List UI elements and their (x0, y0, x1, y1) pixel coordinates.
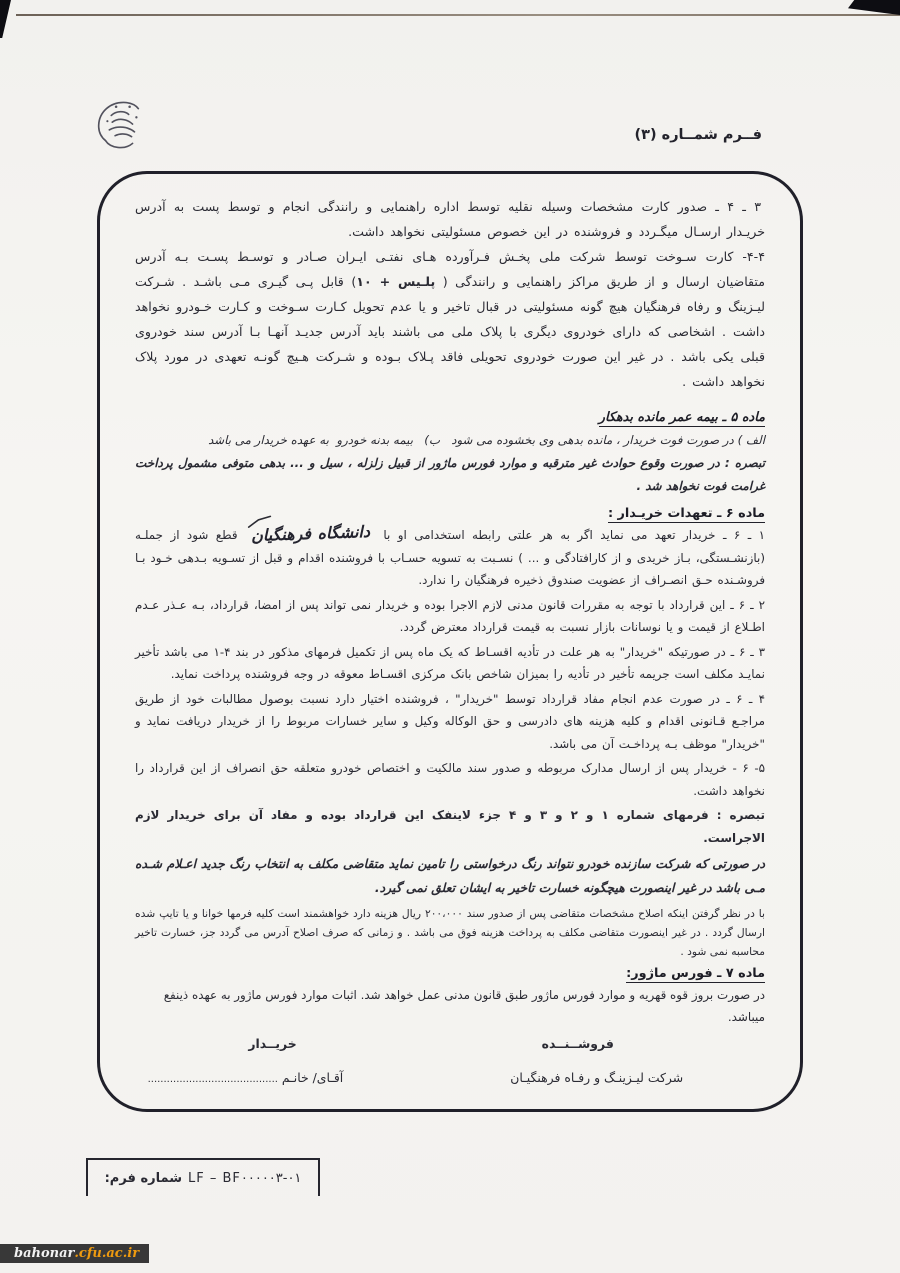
scanned-contract-page: { "header": { "form_label": "فــرم شمــا… (0, 0, 900, 1273)
article-5-items: الف ) در صورت فوت خریدار ، مانده بدهی وی… (135, 428, 765, 452)
buyer-name-prefix: آقـای/ خانـم (282, 1070, 343, 1085)
watermark-site-suffix: .cfu.ac.ir (74, 1246, 139, 1261)
buyer-name-line: آقـای/ خانـم ...........................… (148, 1070, 344, 1085)
contract-body-box: ۳ ـ ۴ ـ صدور کارت مشخصات وسیله نقلیه توس… (97, 171, 803, 1112)
site-watermark: bahonar.cfu.ac.ir (0, 1244, 149, 1263)
color-change-note: در صورتی که شرکت سازنده خودرو نتواند رنگ… (135, 852, 765, 900)
handwritten-correction: دانشگاه فرهنگیان (245, 521, 377, 548)
form-no-label: شماره فرم: (105, 1171, 182, 1186)
clause-5-6: ۵- ۶ - خریدار پس از ارسال مدارک مربوطه و… (135, 757, 765, 802)
company-calligraphy-logo-icon (90, 96, 148, 158)
clause-4-6: ۴ ـ ۶ ـ در صورت عدم انجام مفاد قرارداد ت… (135, 688, 765, 756)
scan-corner-top-left (0, 0, 11, 38)
buyer-signature-label: خریــدار (248, 1036, 296, 1051)
note-text: در صورت وقوع حوادث غیر مترقبه و موارد فو… (135, 456, 765, 493)
signature-block: فروشــنــده خریــدار شرکت لیـزینـگ و رفـ… (135, 1036, 765, 1102)
scan-corner-top-right (848, 0, 900, 15)
form-number-box: شماره فرم: LF – BF۰۰۰۰۰۳-۰۱ (86, 1158, 320, 1196)
article-6-note: تبصره : فرمهای شماره ۱ و ۲ و ۳ و ۴ جزء ل… (135, 804, 765, 849)
article-7-text: در صورت بروز قوه قهریه و موارد فورس ماژو… (135, 984, 765, 1028)
article-5-title: ماده ۵ ـ بیمه عمر مانده بدهکار (135, 410, 765, 425)
correction-fee-note: با در نظر گرفتن اینکه اصلاح مشخصات متقاض… (135, 904, 765, 961)
seller-signature-label: فروشــنــده (542, 1036, 614, 1051)
form-number-heading: فــرم شمــاره (۳) (634, 127, 762, 143)
article-6-title: ماده ۶ ـ تعهدات خریـدار : (135, 506, 765, 521)
clause-1-6: ۱ ـ ۶ ـ خریدار تعهد می نماید اگر به هر ع… (135, 523, 765, 592)
note-label: تبصره : (720, 456, 765, 470)
form-no-value: LF – BF۰۰۰۰۰۳-۰۱ (188, 1171, 301, 1186)
seller-company-name: شرکت لیـزینـگ و رفـاه فرهنگیـان (510, 1070, 683, 1085)
buyer-name-dotted-line: ........................................… (148, 1074, 278, 1085)
clause-1-6-pre: ۱ ـ ۶ ـ خریدار تعهد می نماید اگر به هر ع… (376, 528, 765, 542)
police-plus-10-bold: پلـیس + ۱۰ (356, 274, 435, 289)
handwriting-tick-icon (246, 515, 272, 528)
clause-3-4-text: ۳ ـ ۴ ـ صدور کارت مشخصات وسیله نقلیه توس… (135, 199, 765, 239)
clause-2-6: ۲ ـ ۶ ـ این قرارداد با توجه به مقررات قا… (135, 594, 765, 639)
scan-paper-edge-line (16, 14, 900, 16)
clause-3-6: ۳ ـ ۶ ـ در صورتیکه "خریدار" به هر علت در… (135, 641, 765, 686)
clause-3-4: ۳ ـ ۴ ـ صدور کارت مشخصات وسیله نقلیه توس… (135, 194, 765, 244)
clause-4-4: ۴-۴- کارت سـوخت توسط شرکت ملی پخـش فـرآو… (135, 244, 765, 394)
article-5-note: تبصره : در صورت وقوع حوادث غیر مترقبه و … (135, 452, 765, 498)
page-number: صفحه ۲/۲ (135, 1106, 765, 1112)
clause-4-4-text-post: ) قابل پـی گیـری مـی باشـد . شـرکت لیـزی… (135, 274, 765, 389)
watermark-site-prefix: bahonar (14, 1246, 74, 1261)
article-7-title: ماده ۷ ـ فورس ماژور: (135, 966, 765, 981)
